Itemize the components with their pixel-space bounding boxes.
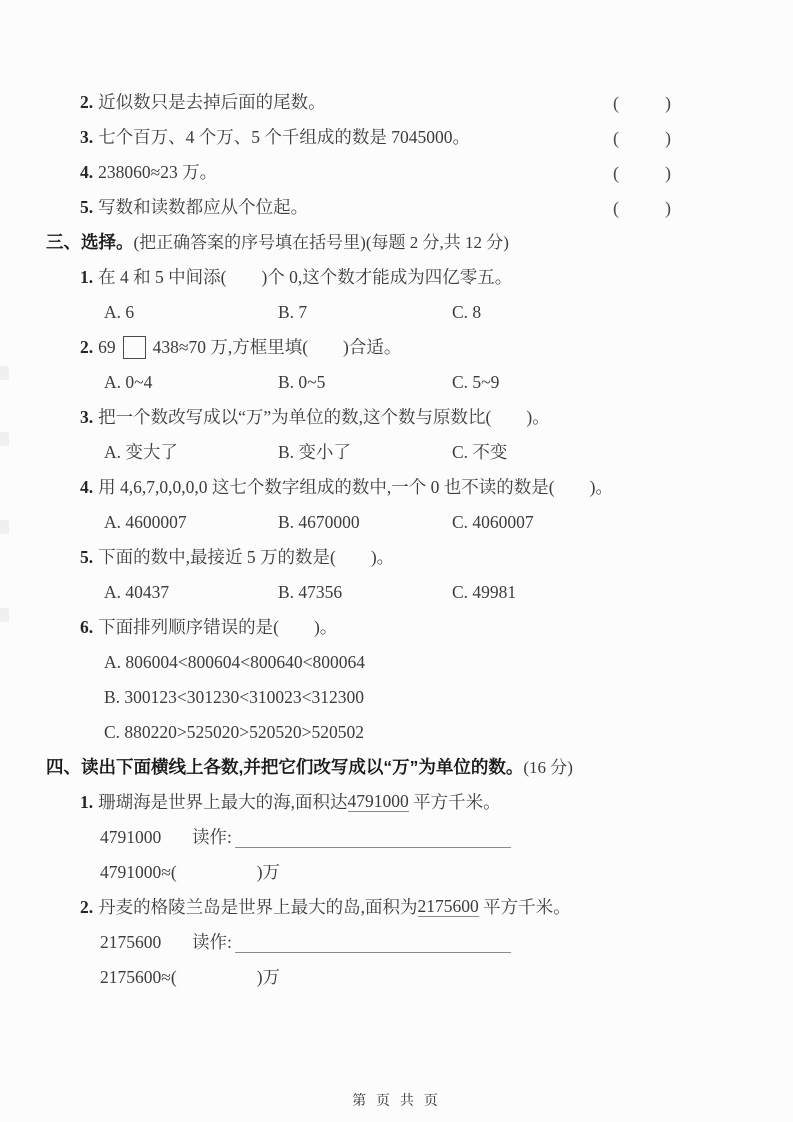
choice-question: 3. 把一个数改写成以“万”为单位的数,这个数与原数比( )。 <box>0 400 793 435</box>
question-number: 3. <box>80 409 93 427</box>
paren-open: ( <box>613 199 619 217</box>
blank-box <box>123 336 146 359</box>
question-text: 238060≈23 万。 <box>98 164 217 182</box>
option-b: B. 47356 <box>278 584 452 602</box>
paren-close: ) <box>665 164 671 182</box>
paren-close: ) <box>665 94 671 112</box>
answer-parentheses: ( ) <box>613 199 671 217</box>
choice-options: A. 变大了 B. 变小了 C. 不变 <box>0 435 793 470</box>
approx-post: )万 <box>257 969 280 987</box>
question-text: 七个百万、4 个万、5 个千组成的数是 7045000。 <box>98 129 470 147</box>
question-text: 把一个数改写成以“万”为单位的数,这个数与原数比( )。 <box>98 409 550 427</box>
question-number: 1. <box>80 794 93 812</box>
section-header-choice: 三、选择。 (把正确答案的序号填在括号里)(每题 2 分,共 12 分) <box>0 225 793 260</box>
choice-question: 1. 在 4 和 5 中间添( )个 0,这个数才能成为四亿零五。 <box>0 260 793 295</box>
choice-question: 2. 69 438≈70 万,方框里填( )合适。 <box>0 330 793 365</box>
approx-post: )万 <box>257 864 280 882</box>
section-score: (16 分) <box>523 759 573 776</box>
paren-open: ( <box>613 129 619 147</box>
read-aloud-row: 4791000 读作: <box>0 820 793 855</box>
scan-bleed-mark <box>0 608 9 622</box>
scan-bleed-mark <box>0 520 9 534</box>
scan-bleed-mark <box>0 366 9 380</box>
question-number: 2. <box>80 899 93 917</box>
option-c: C. 5~9 <box>452 374 499 392</box>
question-number: 4. <box>80 164 93 182</box>
approx-pre: 2175600≈( <box>100 969 177 987</box>
answer-parentheses: ( ) <box>613 94 671 112</box>
worksheet-content: 2. 近似数只是去掉后面的尾数。 ( ) 3. 七个百万、4 个万、5 个千组成… <box>0 0 793 995</box>
question-number: 5. <box>80 199 93 217</box>
question-number: 2. <box>80 94 93 112</box>
section-note: (把正确答案的序号填在括号里)(每题 2 分,共 12 分) <box>134 234 509 251</box>
scan-bleed-mark <box>0 432 9 446</box>
choice-option-row: A. 806004<800604<800640<800064 <box>0 645 793 680</box>
judge-item: 2. 近似数只是去掉后面的尾数。 ( ) <box>0 85 793 120</box>
answer-blank-line <box>235 827 511 848</box>
question-text-pre: 69 <box>98 339 116 357</box>
choice-question: 4. 用 4,6,7,0,0,0,0 这七个数字组成的数中,一个 0 也不读的数… <box>0 470 793 505</box>
question-text: 近似数只是去掉后面的尾数。 <box>98 94 326 112</box>
worksheet-page: 2. 近似数只是去掉后面的尾数。 ( ) 3. 七个百万、4 个万、5 个千组成… <box>0 0 793 1122</box>
paren-close: ) <box>665 199 671 217</box>
option-c: C. 4060007 <box>452 514 534 532</box>
judge-item: 3. 七个百万、4 个万、5 个千组成的数是 7045000。 ( ) <box>0 120 793 155</box>
section-header-read: 四、读出下面横线上各数,并把它们改写成以“万”为单位的数。 (16 分) <box>0 750 793 785</box>
approx-pre: 4791000≈( <box>100 864 177 882</box>
question-text: 写数和读数都应从个位起。 <box>98 199 308 217</box>
read-label: 读作: <box>192 934 232 952</box>
paren-open: ( <box>613 94 619 112</box>
question-number: 6. <box>80 619 93 637</box>
statement-pre: 丹麦的格陵兰岛是世界上最大的岛,面积为 <box>98 899 417 917</box>
choice-option-row: C. 880220>525020>520520>520502 <box>0 715 793 750</box>
judge-item: 5. 写数和读数都应从个位起。 ( ) <box>0 190 793 225</box>
question-text: 下面排列顺序错误的是( )。 <box>98 619 337 637</box>
choice-options: A. 0~4 B. 0~5 C. 5~9 <box>0 365 793 400</box>
judge-item: 4. 238060≈23 万。 ( ) <box>0 155 793 190</box>
read-statement: 2. 丹麦的格陵兰岛是世界上最大的岛,面积为 2175600 平方千米。 <box>0 890 793 925</box>
question-text: 在 4 和 5 中间添( )个 0,这个数才能成为四亿零五。 <box>98 269 512 287</box>
answer-parentheses: ( ) <box>613 129 671 147</box>
option-b: B. 7 <box>278 304 452 322</box>
number-value: 2175600 <box>100 934 192 952</box>
choice-options: A. 4600007 B. 4670000 C. 4060007 <box>0 505 793 540</box>
paren-open: ( <box>613 164 619 182</box>
option-c: C. 8 <box>452 304 481 322</box>
read-aloud-row: 2175600 读作: <box>0 925 793 960</box>
underlined-number: 2175600 <box>418 898 479 918</box>
question-number: 3. <box>80 129 93 147</box>
option-c: C. 不变 <box>452 444 507 462</box>
question-number: 4. <box>80 479 93 497</box>
question-number: 1. <box>80 269 93 287</box>
read-statement: 1. 珊瑚海是世界上最大的海,面积达 4791000 平方千米。 <box>0 785 793 820</box>
statement-pre: 珊瑚海是世界上最大的海,面积达 <box>98 794 347 812</box>
answer-parentheses: ( ) <box>613 164 671 182</box>
read-label: 读作: <box>192 829 232 847</box>
paren-close: ) <box>665 129 671 147</box>
choice-question: 6. 下面排列顺序错误的是( )。 <box>0 610 793 645</box>
section-title: 三、选择。 <box>46 234 134 252</box>
statement-post: 平方千米。 <box>479 899 571 917</box>
approx-row: 2175600≈( )万 <box>0 960 793 995</box>
question-number: 2. <box>80 339 93 357</box>
option-b: B. 300123<301230<310023<312300 <box>104 689 364 707</box>
option-a: A. 变大了 <box>104 444 278 462</box>
question-text-post: 438≈70 万,方框里填( )合适。 <box>153 339 402 357</box>
option-b: B. 0~5 <box>278 374 452 392</box>
section-title: 四、读出下面横线上各数,并把它们改写成以“万”为单位的数。 <box>46 759 523 777</box>
choice-options: A. 40437 B. 47356 C. 49981 <box>0 575 793 610</box>
choice-question: 5. 下面的数中,最接近 5 万的数是( )。 <box>0 540 793 575</box>
option-a: A. 4600007 <box>104 514 278 532</box>
page-footer: 第 页 共 页 <box>0 1090 793 1110</box>
question-text: 用 4,6,7,0,0,0,0 这七个数字组成的数中,一个 0 也不读的数是( … <box>98 479 613 497</box>
question-number: 5. <box>80 549 93 567</box>
number-value: 4791000 <box>100 829 192 847</box>
option-a: A. 40437 <box>104 584 278 602</box>
option-a: A. 0~4 <box>104 374 278 392</box>
underlined-number: 4791000 <box>348 793 409 813</box>
approx-row: 4791000≈( )万 <box>0 855 793 890</box>
statement-post: 平方千米。 <box>409 794 501 812</box>
option-b: B. 变小了 <box>278 444 452 462</box>
option-a: A. 6 <box>104 304 278 322</box>
choice-options: A. 6 B. 7 C. 8 <box>0 295 793 330</box>
choice-option-row: B. 300123<301230<310023<312300 <box>0 680 793 715</box>
answer-blank-line <box>235 932 511 953</box>
option-c: C. 880220>525020>520520>520502 <box>104 724 364 742</box>
option-a: A. 806004<800604<800640<800064 <box>104 654 365 672</box>
option-b: B. 4670000 <box>278 514 452 532</box>
question-text: 下面的数中,最接近 5 万的数是( )。 <box>98 549 394 567</box>
option-c: C. 49981 <box>452 584 516 602</box>
